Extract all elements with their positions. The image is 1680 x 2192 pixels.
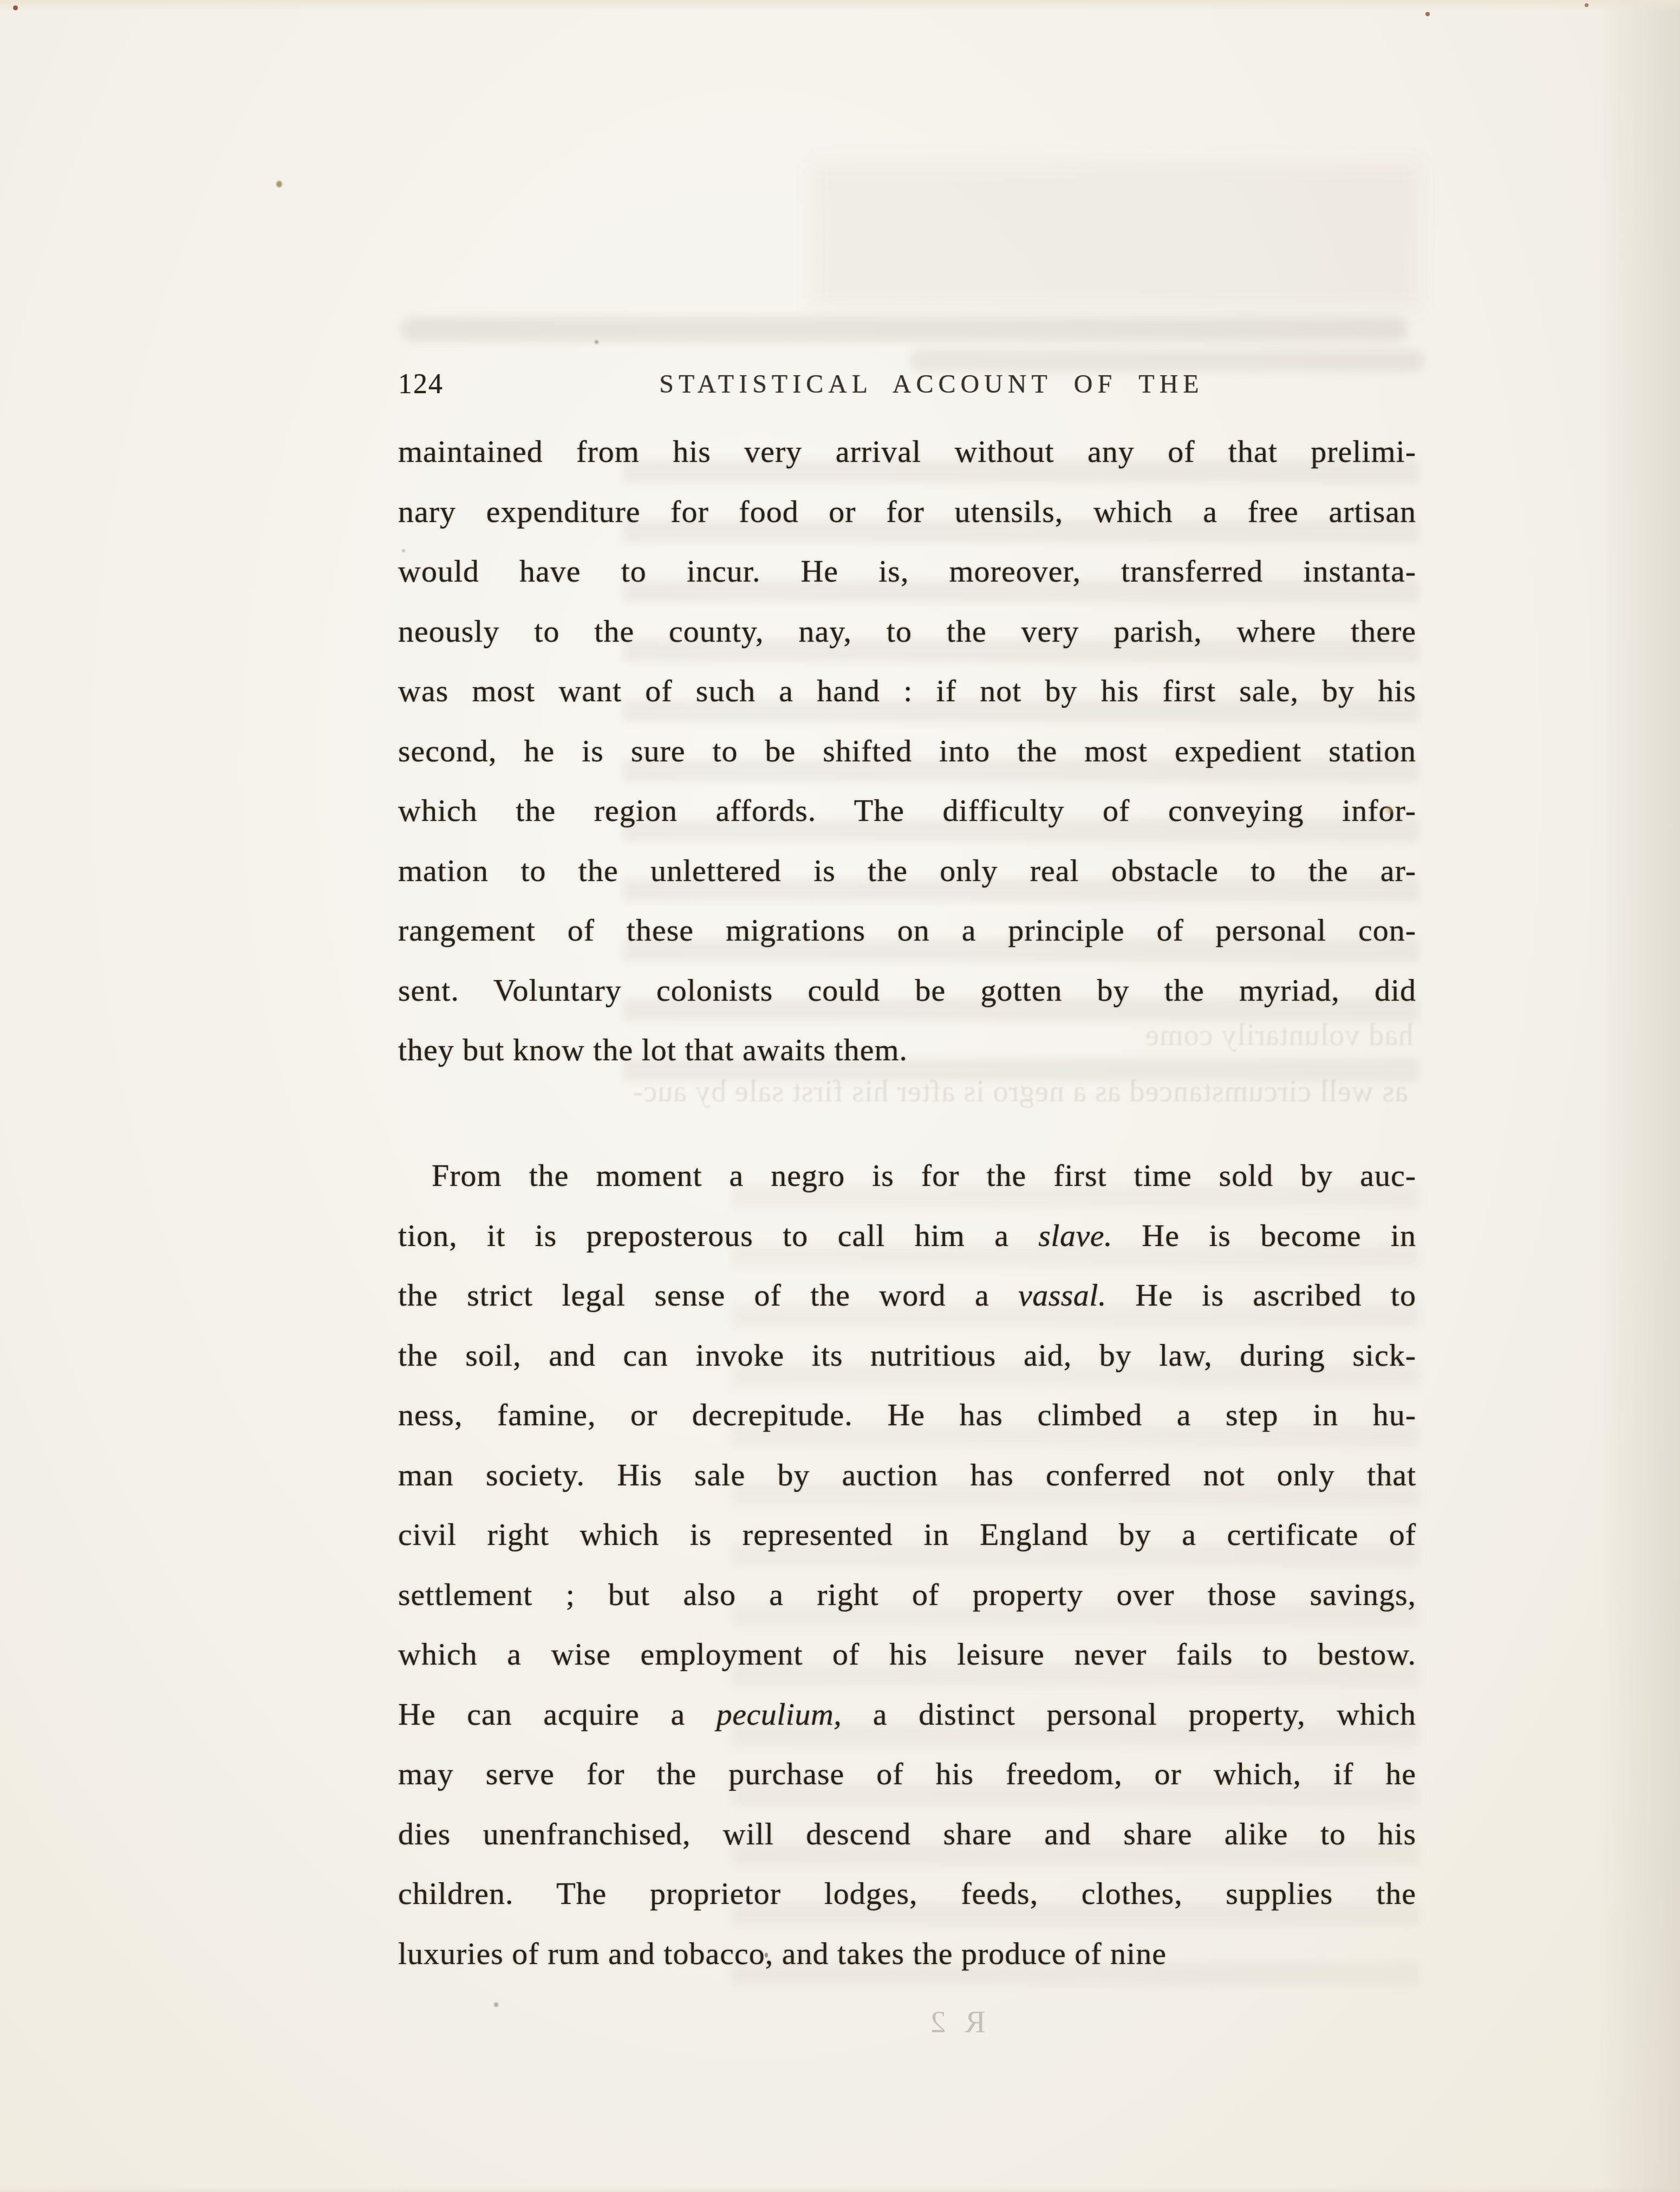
text-line: tion, it is preposterous to call him a s… — [398, 1206, 1416, 1266]
paper-speck — [1585, 3, 1588, 7]
text-line: mation to the unlettered is the only rea… — [398, 841, 1416, 901]
text-line: ness, famine, or decrepitude. He has cli… — [398, 1385, 1416, 1445]
text-line: second, he is sure to be shifted into th… — [398, 721, 1416, 781]
text-line: maintained from his very arrival without… — [398, 422, 1416, 482]
show-through-haze — [812, 162, 1419, 309]
text-line: dies unenfranchised, will descend share … — [398, 1804, 1416, 1864]
page-header: 124 STATISTICAL ACCOUNT OF THE — [398, 367, 1416, 405]
text-line: He can acquire a peculium, a distinct pe… — [398, 1685, 1416, 1745]
text-line: the soil, and can invoke its nutritious … — [398, 1326, 1416, 1386]
text-line: civil right which is represented in Engl… — [398, 1505, 1416, 1565]
text-line: which the region affords. The difficulty… — [398, 781, 1416, 841]
text-line: would have to incur. He is, moreover, tr… — [398, 542, 1416, 602]
paper-speck — [276, 181, 282, 187]
text-line: man society. His sale by auction has con… — [398, 1445, 1416, 1505]
running-header: STATISTICAL ACCOUNT OF THE — [398, 367, 1416, 402]
text-line: may serve for the purchase of his freedo… — [398, 1744, 1416, 1804]
paper-speck — [13, 5, 18, 10]
paper-speck — [494, 2002, 498, 2007]
book-page: 124 STATISTICAL ACCOUNT OF THE maintaine… — [0, 0, 1680, 2192]
text-line: was most want of such a hand : if not by… — [398, 661, 1416, 721]
text-line: neously to the county, nay, to the very … — [398, 602, 1416, 662]
text-line: children. The proprietor lodges, feeds, … — [398, 1864, 1416, 1924]
text-line: which a wise employment of his leisure n… — [398, 1625, 1416, 1685]
paper-speck — [595, 340, 598, 344]
text-line: the strict legal sense of the word a vas… — [398, 1265, 1416, 1326]
signature-mark-ghost: R 2 — [877, 2004, 986, 2040]
paragraph-2: From the moment a negro is for the first… — [398, 1146, 1416, 1984]
show-through-haze — [401, 317, 1408, 341]
text-line: nary expenditure for food or for utensil… — [398, 482, 1416, 542]
text-line: rangement of these migrations on a princ… — [398, 901, 1416, 961]
text-line: From the moment a negro is for the first… — [398, 1146, 1416, 1206]
text-line: sent. Voluntary colonists could be gotte… — [398, 961, 1416, 1021]
page-number: 124 — [398, 367, 444, 402]
text-line: settlement ; but also a right of propert… — [398, 1565, 1416, 1625]
paragraph-1: maintained from his very arrival without… — [398, 422, 1416, 1080]
text-line: they but know the lot that awaits them. — [398, 1020, 1416, 1080]
paper-speck — [1425, 12, 1430, 16]
text-line: luxuries of rum and tobacco, and takes t… — [398, 1924, 1416, 1984]
